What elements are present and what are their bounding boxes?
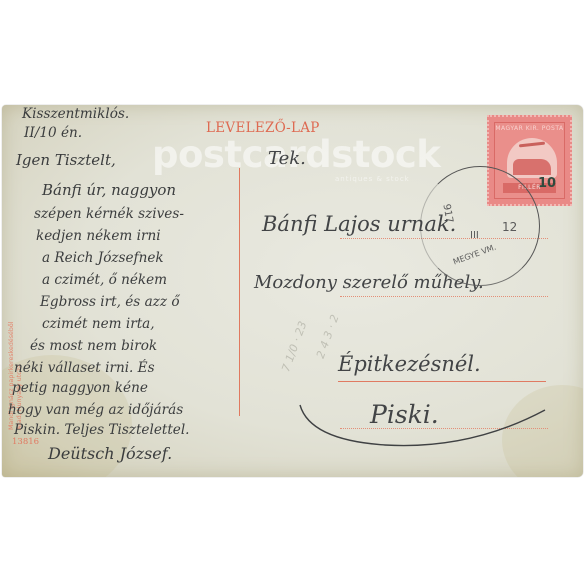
message-line: czimét nem irta, <box>42 316 155 332</box>
castle-icon <box>513 159 551 175</box>
watermark-tagline: antiques & stock <box>335 175 410 183</box>
message-line: II/10 én. <box>24 125 82 141</box>
stamp-country: MAGYAR KIR. POSTA <box>495 125 564 132</box>
message-line: Egbross irt, és azz ő <box>40 294 180 310</box>
underline-flourish <box>290 395 550 455</box>
address-line <box>340 296 548 297</box>
serial-number: 13816 <box>12 437 39 447</box>
message-line: Bánfi úr, naggyon <box>42 181 176 199</box>
postmark <box>420 166 540 286</box>
message-line: kedjen nékem irni <box>36 228 161 244</box>
message-line: Kisszentmiklós. <box>22 106 129 122</box>
message-line: Igen Tisztelt, <box>16 151 116 169</box>
address-site: Épitkezésnél. <box>338 352 481 376</box>
message-line: Piskin. Teljes Tisztelettel. <box>14 422 190 438</box>
stamp-overprint: 10 <box>538 176 556 191</box>
address-salutation: Tek. <box>268 148 306 169</box>
postcard-header: LEVELEZŐ-LAP <box>206 120 320 136</box>
message-line: hogy van még az időjárás <box>8 402 183 418</box>
message-line: néki vállaset irni. És <box>14 360 155 376</box>
message-line: a czimét, ő nékem <box>42 272 167 288</box>
postmark-month: III <box>470 230 479 241</box>
message-line: petig naggyon kéne <box>12 380 148 396</box>
message-line: a Reich Józsefnek <box>42 250 164 266</box>
message-line: szépen kérnék szives- <box>34 206 184 222</box>
message-line: és most nem birok <box>30 338 157 354</box>
address-line <box>338 381 546 382</box>
postmark-date: 12 <box>502 220 517 234</box>
signature: Deütsch József. <box>48 444 172 463</box>
center-divider <box>239 168 240 416</box>
